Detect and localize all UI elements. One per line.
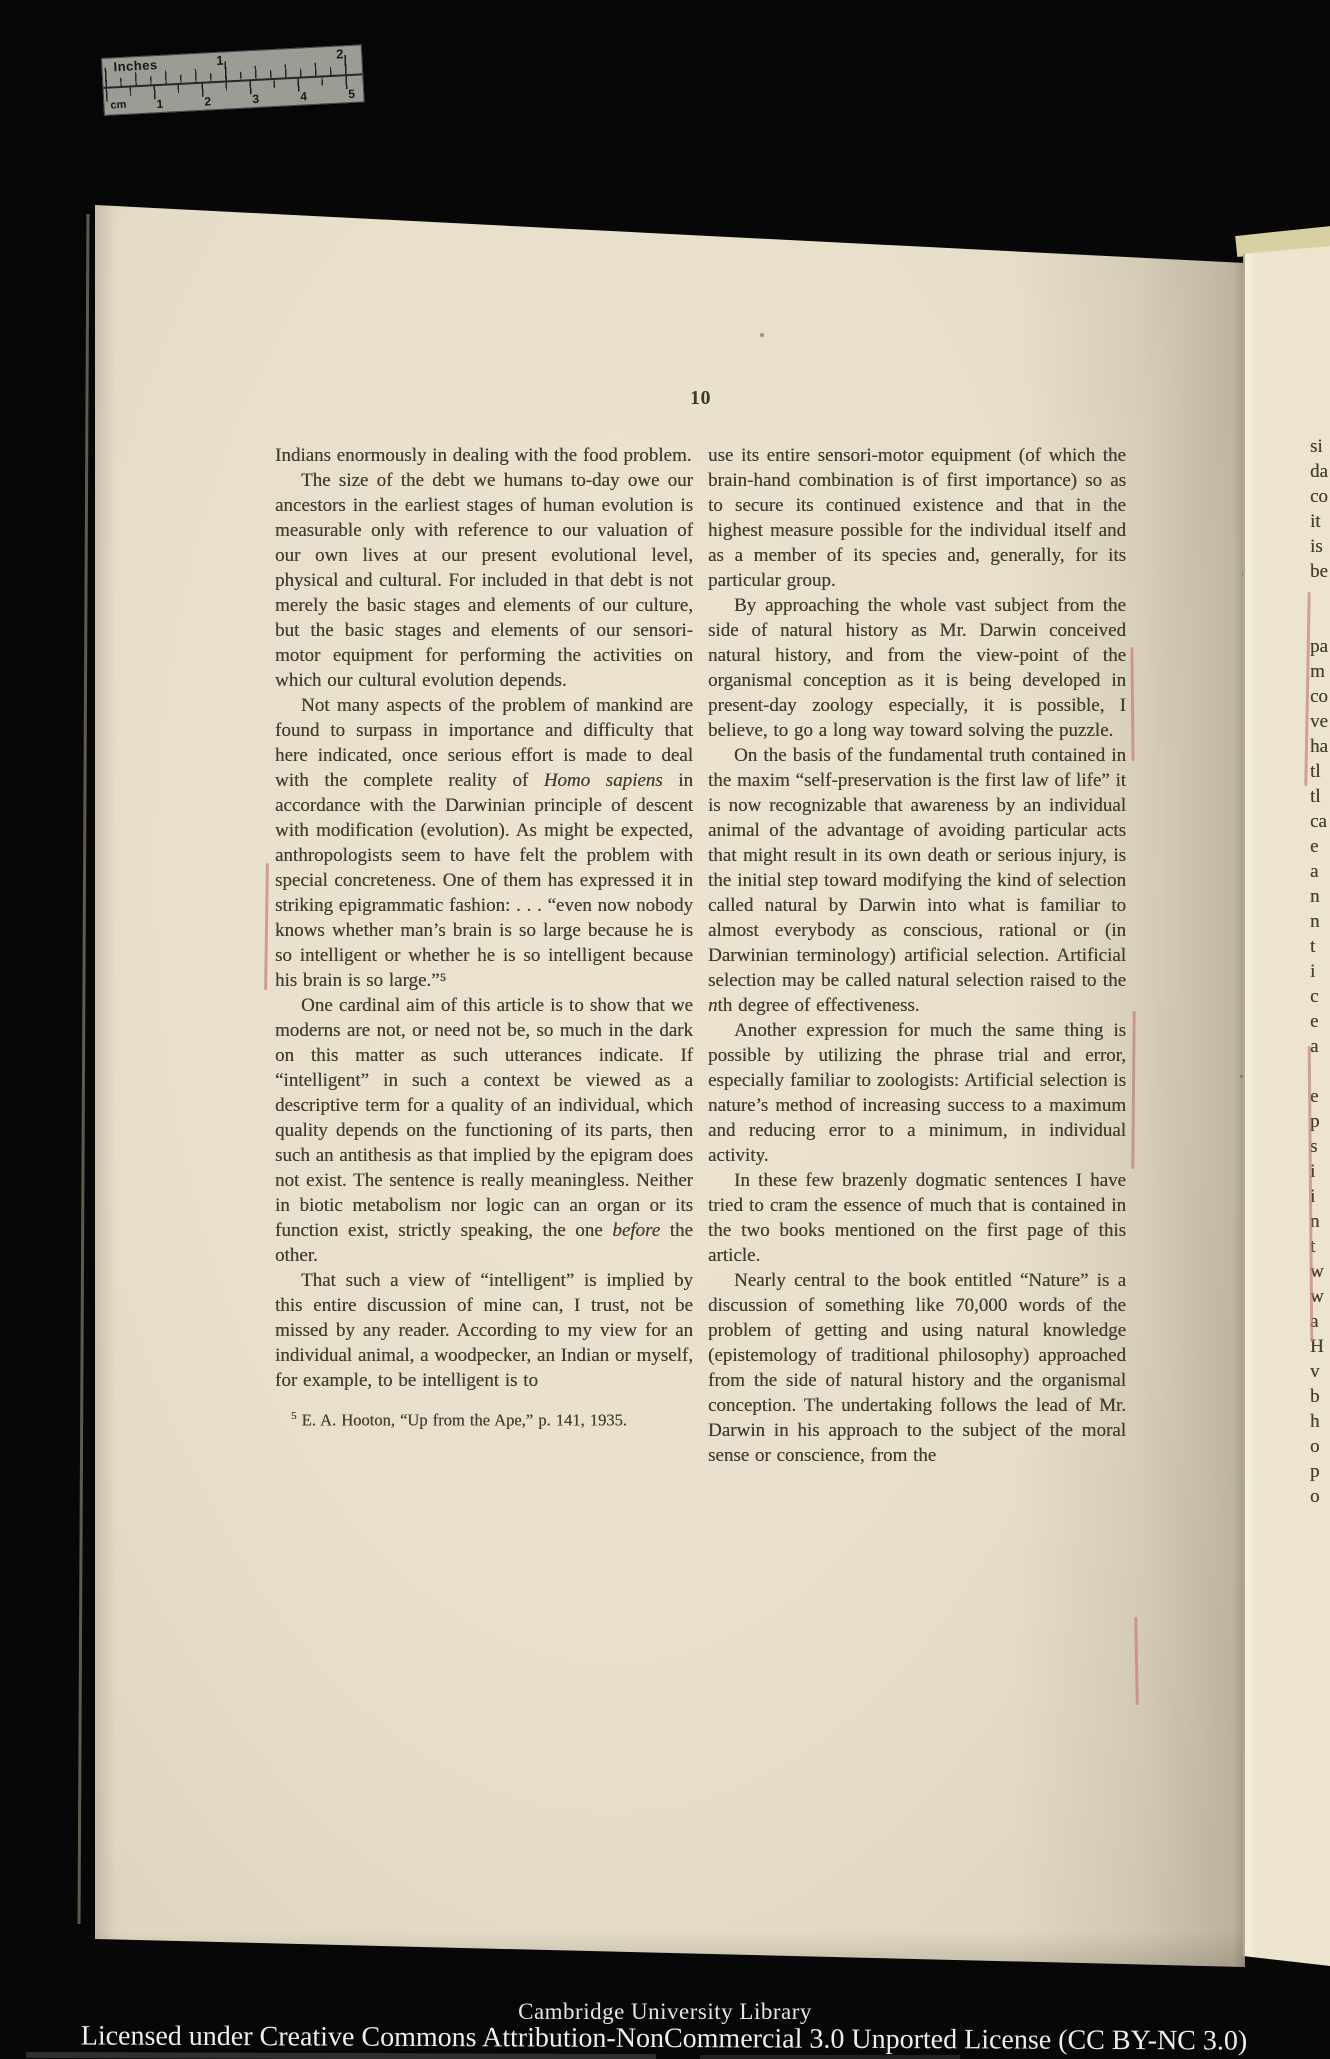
- fragment-text: o: [1310, 1484, 1320, 1509]
- paragraph: Indians enormously in dealing with the f…: [275, 443, 693, 468]
- fragment-text: p: [1310, 1459, 1320, 1484]
- scan-artifact: [700, 2055, 960, 2059]
- pencil-margin-mark: [264, 863, 268, 990]
- paragraph: In these few brazenly dogmatic sentences…: [708, 1168, 1126, 1268]
- right-column: use its entire sensori-motor equipment (…: [708, 443, 1126, 1468]
- fragment-text: ca: [1310, 809, 1327, 834]
- scan-speck: [760, 333, 764, 337]
- fragment-text: si: [1310, 434, 1323, 459]
- fragment-text: ve: [1310, 709, 1328, 734]
- ruler-cm-number-2: 2: [204, 94, 211, 108]
- ruler: Inches 1 2 cm 1 2 3 4 5: [101, 44, 365, 116]
- fragment-text: da: [1310, 459, 1328, 484]
- paragraph: The size of the debt we humans to-day ow…: [275, 468, 693, 693]
- paragraph: Another expression for much the same thi…: [708, 1018, 1126, 1168]
- fragment-text: it: [1310, 509, 1321, 534]
- book-page: 10 Indians enormously in dealing with th…: [95, 205, 1245, 1967]
- fragment-text: o: [1310, 1434, 1320, 1459]
- next-page-strip: sidacoitisbepamcovehatltlcaeannticeaepsi…: [1243, 246, 1330, 1966]
- fragment-text: ha: [1310, 734, 1328, 759]
- paragraph: use its entire sensori-motor equipment (…: [708, 443, 1126, 593]
- fragment-text: is: [1310, 534, 1323, 559]
- ruler-cm-number-1: 1: [156, 97, 163, 111]
- page-edge-shadow: [78, 214, 90, 1924]
- fragment-text: b: [1310, 1384, 1320, 1409]
- pencil-margin-mark: [1130, 647, 1134, 761]
- footnote: 5 E. A. Hooton, “Up from the Ape,” p. 14…: [275, 1405, 693, 1432]
- footnote-text: E. A. Hooton, “Up from the Ape,” p. 141,…: [302, 1411, 627, 1430]
- fragment-text: v: [1310, 1359, 1320, 1384]
- fragment-text: t: [1310, 934, 1315, 959]
- fragment-text: a: [1310, 859, 1318, 884]
- right-column-paragraphs: use its entire sensori-motor equipment (…: [708, 443, 1126, 1468]
- scan-speck: [1240, 1075, 1243, 1078]
- footnote-marker: 5: [291, 1410, 297, 1422]
- scan-artifact: [26, 2052, 656, 2059]
- fragment-text: co: [1310, 684, 1328, 709]
- ruler-cm-number-3: 3: [252, 92, 259, 106]
- fragment-text: e: [1310, 1084, 1318, 1109]
- fragment-text: n: [1310, 884, 1320, 909]
- ruler-cm-number-5: 5: [348, 87, 355, 101]
- fragment-text: h: [1310, 1409, 1320, 1434]
- fragment-text: pa: [1310, 634, 1328, 659]
- fragment-text: co: [1310, 484, 1328, 509]
- paragraph: That such a view of “intelligent” is imp…: [275, 1268, 693, 1393]
- ruler-cm-number-4: 4: [300, 89, 307, 103]
- page-number: 10: [275, 387, 1126, 410]
- fragment-text: be: [1310, 559, 1328, 584]
- pencil-margin-mark: [1134, 1617, 1138, 1705]
- ruler-cm-label: cm: [110, 99, 127, 112]
- fragment-text: a: [1310, 1034, 1318, 1059]
- paragraph: One cardinal aim of this article is to s…: [275, 993, 693, 1268]
- fragment-text: e: [1310, 834, 1318, 859]
- paragraph: By approaching the whole vast subject fr…: [708, 593, 1126, 743]
- fragment-text: m: [1310, 659, 1325, 684]
- left-column-paragraphs: Indians enormously in dealing with the f…: [275, 443, 693, 1393]
- fragment-text: tl: [1310, 784, 1321, 809]
- paragraph: Not many aspects of the problem of manki…: [275, 693, 693, 993]
- pencil-margin-mark: [1131, 1011, 1135, 1169]
- fragment-text: n: [1310, 909, 1320, 934]
- fragment-text: tl: [1310, 759, 1321, 784]
- fragment-text: e: [1310, 1009, 1318, 1034]
- fragment-text: i: [1310, 959, 1315, 984]
- paragraph: Nearly central to the book entitled “Nat…: [708, 1268, 1126, 1468]
- left-column: Indians enormously in dealing with the f…: [275, 443, 693, 1432]
- fragment-text: c: [1310, 984, 1318, 1009]
- fragment-text: p: [1310, 1109, 1320, 1134]
- scan-speck: [945, 457, 949, 461]
- paragraph: On the basis of the fundamental truth co…: [708, 743, 1126, 1018]
